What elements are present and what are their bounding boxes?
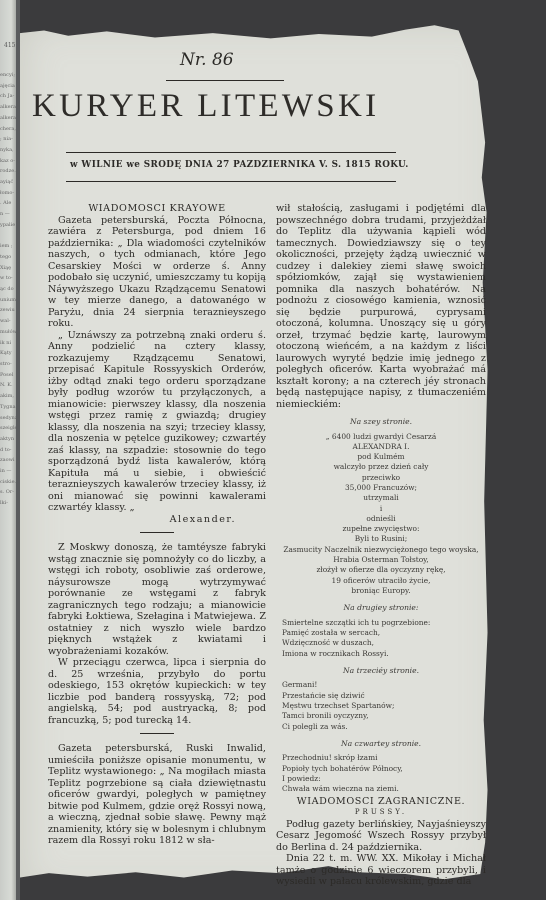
previous-page-line: tego [0, 252, 16, 263]
monument-inscriptions: Na szey stronie.„ 6400 ludzi gwardyi Ces… [276, 416, 486, 795]
previous-page-line: lki- [0, 498, 16, 509]
dateline: w WILNIE we SRODĘ DNIA 27 PAZDZIERNIKA V… [70, 160, 409, 170]
article-paragraph: „ Uznáwszy za potrzebną znaki orderu ś. … [48, 330, 266, 514]
inscription-line: Chwała wám wieczna na ziemi. [276, 784, 486, 794]
previous-page-line: ąc do [0, 284, 16, 295]
previous-page-line: ch Ja- [0, 91, 16, 102]
previous-page-fragments: encyi;ajęciach Ja-alkeraalkerachera,; ni… [0, 70, 16, 509]
previous-page-line: stro- [0, 359, 16, 370]
inscription-heading: Na drugiey stronie: [276, 602, 486, 614]
previous-page-line: in — [0, 466, 16, 477]
left-column: WIADOMOSCI KRAYOWE Gazeta petersburská, … [48, 203, 266, 847]
inscription-line: Zasmucity Naczelnik niezwyciężonego tego… [276, 545, 486, 555]
previous-page-line: encyi; [0, 70, 16, 81]
previous-page-line: alkera [0, 113, 16, 124]
article-paragraph: Dnia 22 t. m. WW. XX. Mikołay i Michał t… [276, 853, 486, 888]
inscription-line: walczyło przez dzień cały [276, 462, 486, 472]
previous-page-line: Kąty [0, 348, 16, 359]
previous-page-line: ; nia- [0, 134, 16, 145]
previous-page-line: zewiu [0, 305, 16, 316]
inscription-line: pod Kulmém [276, 452, 486, 462]
article-paragraph: Gazeta petersburská, Ruski Inwalid, umie… [48, 743, 266, 847]
previous-page-line: ayiąć [0, 177, 16, 188]
previous-page-line: aktyn [0, 434, 16, 445]
previous-page-line: Tygna [0, 402, 16, 413]
inscription-line: Przechodniu! skróp łzami [276, 753, 486, 763]
previous-page-number: 415 [4, 42, 15, 49]
previous-page-line: unium [0, 295, 16, 306]
dateline-rule-top [66, 152, 396, 153]
inscription-line: I powiedz: [276, 774, 486, 784]
previous-page-line: w to- [0, 273, 16, 284]
previous-page-line: rodze. [0, 166, 16, 177]
previous-page-line: Posel [0, 370, 16, 381]
inscription-line: 19 oficerów utraciło życie, [276, 576, 486, 586]
inscription-heading: Na szey stronie. [276, 416, 486, 428]
inscription-line: Wdzięczność w duszach, [276, 638, 486, 648]
previous-page-line: zaowi [0, 455, 16, 466]
previous-page-line: ik ni [0, 338, 16, 349]
inscription-line: Popioły tych bohatérów Północy, [276, 764, 486, 774]
previous-page-line: Xiąę [0, 263, 16, 274]
article-paragraph: Z Moskwy donoszą, że tamtéysze fabryki w… [48, 542, 266, 657]
previous-page-edge: 415 encyi;ajęciach Ja-alkeraalkerachera,… [0, 0, 16, 900]
article-paragraph: Gazeta petersburská, Poczta Północna, za… [48, 215, 266, 330]
inscription-line: Męstwu trzechset Spartanów; [276, 701, 486, 711]
previous-page-line: wal- [0, 316, 16, 327]
dateline-rule-bottom [66, 181, 396, 182]
inscription-line: złożył w ofierze dla oyczyzny rękę, [276, 565, 486, 575]
signature: Alexander. [48, 514, 266, 526]
inscription-line: ALEXANDRA I. [276, 442, 486, 452]
previous-page-line: kaz o- [0, 156, 16, 167]
article-divider [140, 532, 174, 533]
previous-page-line: łomo- [0, 188, 16, 199]
inscription-line: 35,000 Francuzów; [276, 483, 486, 493]
previous-page-line: n — [0, 209, 16, 220]
issue-number: Nr. 86 [180, 50, 234, 70]
article-divider [140, 733, 174, 734]
inscription-line: Ci polegli za wás. [276, 722, 486, 732]
article-paragraph-continued: wił stałością, zasługami i podjętémi dla… [276, 203, 486, 410]
previous-page-line: mułów [0, 327, 16, 338]
previous-page-line: sedyna [0, 413, 16, 424]
inscription-line: Pamięć została w sercach, [276, 628, 486, 638]
inscription-heading: Na trzeciéy stronie. [276, 665, 486, 677]
previous-page-line: iem ; [0, 241, 16, 252]
inscription-line: i [276, 504, 486, 514]
previous-page-line: s. Or- [0, 487, 16, 498]
previous-page-line: N. K. [0, 380, 16, 391]
binding-spine [16, 0, 20, 900]
inscription-line: Byli to Rusini; [276, 534, 486, 544]
previous-page-line: akim, [0, 391, 16, 402]
article-paragraph: Podług gazety berlińskiey, Nayjaśnieyszy… [276, 819, 486, 854]
country-heading: PRUSSY. [276, 807, 486, 819]
newspaper-title: KURYER LITEWSKI [32, 88, 432, 125]
previous-page-line: chera, [0, 124, 16, 135]
previous-page-line: szeigle [0, 423, 16, 434]
inscription-line: Imiona w rocznikach Rossyi. [276, 649, 486, 659]
inscription-heading: Na czwartey stronie. [276, 738, 486, 750]
inscription-line: Tamci bronili oyczyzny, [276, 711, 486, 721]
inscription-line: Smiertelne szczątki ich tu pogrzebione: [276, 618, 486, 628]
section-title-foreign: WIADOMOSCI ZAGRANICZNE. [276, 796, 486, 808]
inscription-line: „ 6400 ludzi gwardyi Cesarzá [276, 432, 486, 442]
previous-page-line: . Ale [0, 198, 16, 209]
right-column: wił stałością, zasługami i podjętémi dla… [276, 203, 486, 888]
previous-page-line: ajęcia [0, 81, 16, 92]
article-paragraph: W przeciągu czerwca, lipca i sierpnia do… [48, 657, 266, 726]
inscription-line: odnieśli [276, 514, 486, 524]
inscription-line: przeciwko [276, 473, 486, 483]
previous-page-line: d to- [0, 445, 16, 456]
inscription-line: Przestańcie się dziwić [276, 691, 486, 701]
previous-page-line: ciskie. [0, 477, 16, 488]
inscription-line: Hrabia Osterman Tołstoy, [276, 555, 486, 565]
previous-page-line [0, 231, 16, 242]
previous-page-line: alkera [0, 102, 16, 113]
masthead-rule-top [166, 80, 284, 81]
section-title-domestic: WIADOMOSCI KRAYOWE [48, 203, 266, 215]
previous-page-line: ypalie [0, 220, 16, 231]
inscription-line: zupełne zwycięstwo: [276, 524, 486, 534]
inscription-line: broniąc Europy. [276, 586, 486, 596]
previous-page-line: nyka, [0, 145, 16, 156]
inscription-line: utrzymali [276, 493, 486, 503]
inscription-line: Germani! [276, 680, 486, 690]
